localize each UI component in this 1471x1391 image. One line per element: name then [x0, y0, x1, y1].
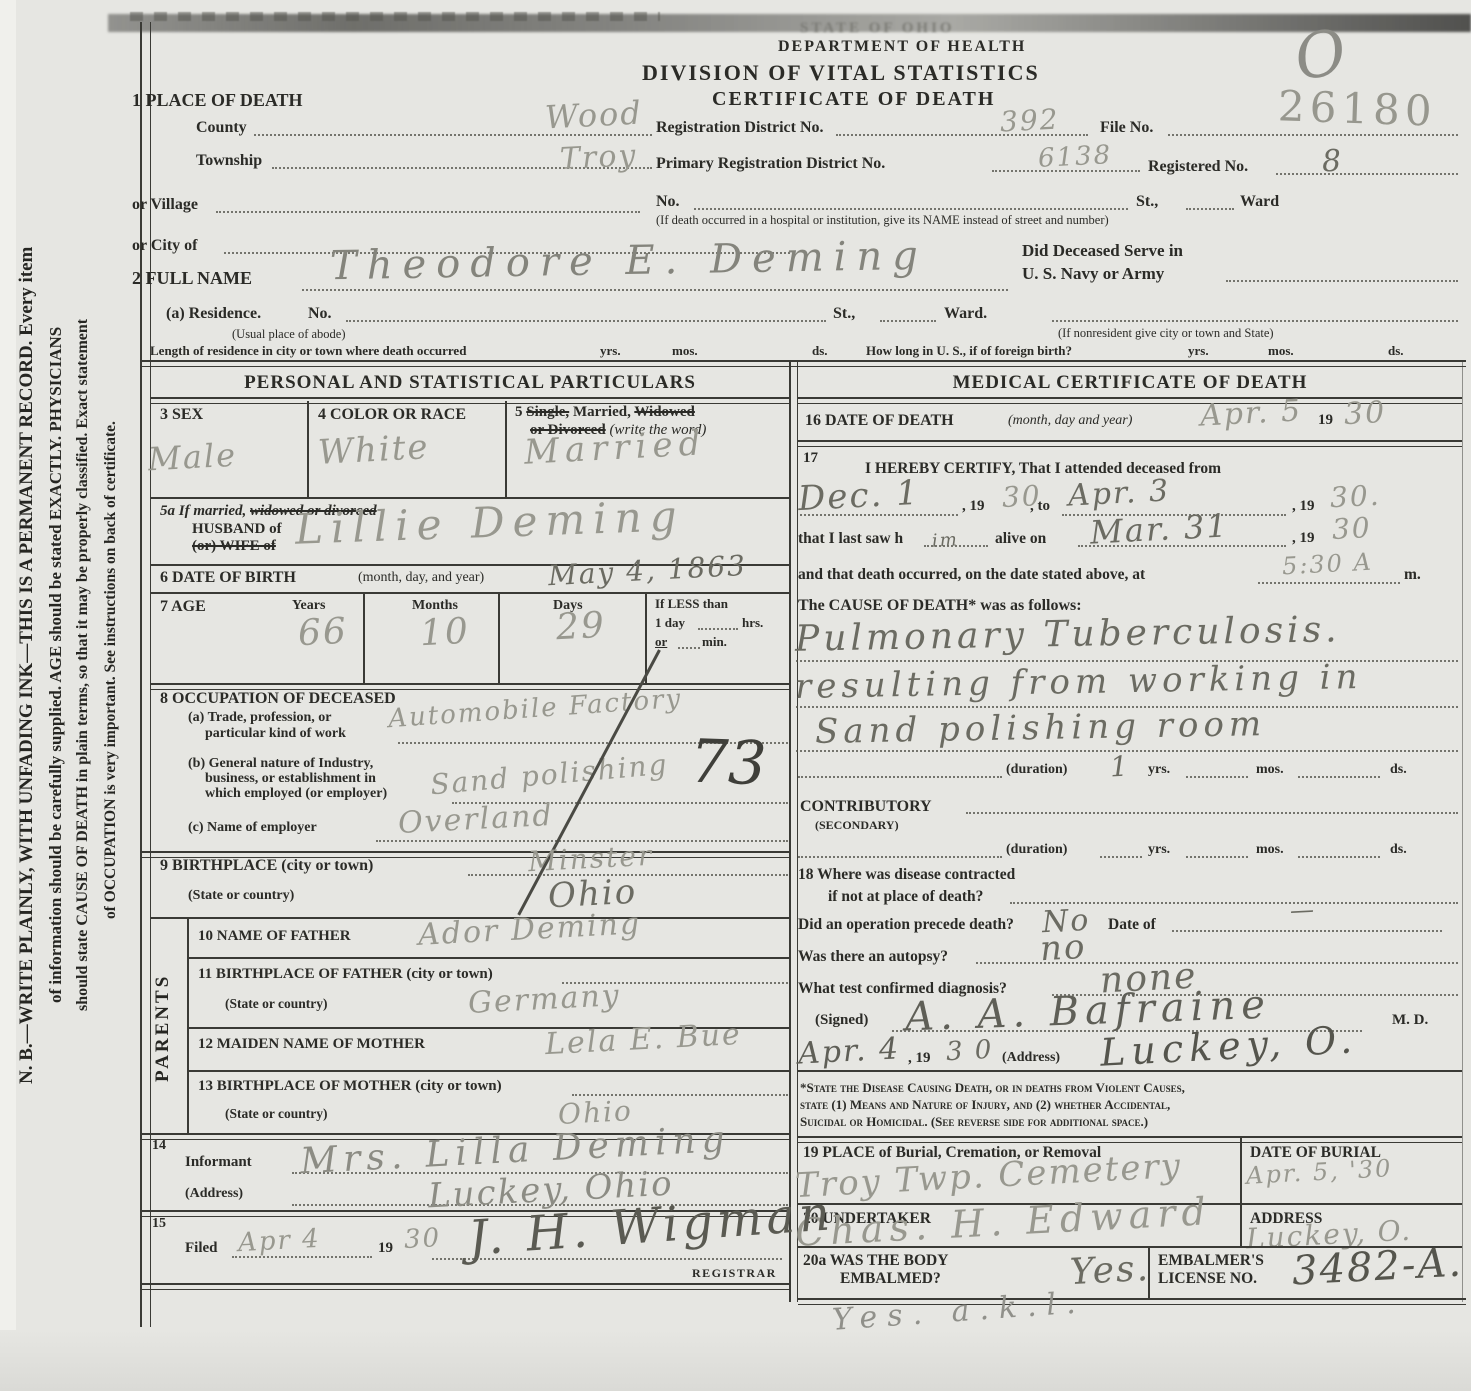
- sign-address-label: (Address): [1002, 1050, 1060, 1066]
- mother-name-value: Lela E. Bue: [544, 1017, 742, 1062]
- county-label: County: [196, 119, 247, 137]
- st-label: St.,: [1136, 193, 1158, 211]
- parents-label: PARENTS: [152, 928, 174, 1128]
- wife-of-label: (or) WIFE of: [192, 538, 276, 555]
- sign-19-label: , 19: [908, 1050, 931, 1067]
- informant-address-label: (Address): [185, 1186, 243, 1202]
- age-days-value: 29: [555, 605, 607, 649]
- medical-title: MEDICAL CERTIFICATE OF DEATH: [798, 372, 1462, 394]
- father-name-value: Ador Deming: [417, 906, 642, 953]
- file-pencil-mark: O: [1289, 14, 1354, 95]
- left-column-bottom-line: [140, 1283, 789, 1290]
- margin-note-line2: of information should be carefully suppl…: [46, 70, 66, 1260]
- race-marital-divider: [505, 401, 507, 497]
- duration-ds-label: ds.: [1390, 762, 1407, 778]
- disease-contracted-label-2: if not at place of death?: [828, 888, 983, 906]
- age-months-value: 10: [419, 611, 471, 655]
- date-of-death-value: Apr. 5: [1199, 393, 1303, 433]
- birthplace-label: 9 BIRTHPLACE (city or town): [160, 857, 373, 875]
- registered-no-label: Registered No.: [1148, 158, 1248, 176]
- from-19-label: , 19: [962, 498, 985, 515]
- row19-top-line: [798, 1136, 1462, 1143]
- registration-district-label: Registration District No.: [656, 119, 824, 137]
- st-ward-line: [1186, 208, 1234, 210]
- dob-label: 6 DATE OF BIRTH: [160, 569, 296, 587]
- registration-district-value: 392: [999, 102, 1060, 138]
- residence-no-line: [346, 320, 826, 322]
- duration2-lead-line: [798, 856, 1002, 858]
- m-label: m.: [1404, 566, 1421, 584]
- marital-married: Married,: [573, 404, 631, 420]
- top-smudge-bar: [108, 14, 1471, 32]
- length-ds-label: ds.: [812, 343, 828, 359]
- age-label: 7 AGE: [160, 598, 206, 616]
- item-15-number: 15: [152, 1216, 166, 1232]
- header-state-smudge: STATE OF OHIO: [800, 20, 955, 37]
- header-department: DEPARTMENT OF HEALTH: [778, 38, 1026, 56]
- column-divider-outer: [789, 360, 791, 1302]
- village-line: [216, 211, 640, 213]
- death-certificate-scan: N. B.—WRITE PLAINLY, WITH UNFADING INK—T…: [0, 0, 1471, 1391]
- cause-of-death-label: The CAUSE OF DEATH* was as follows:: [798, 597, 1082, 615]
- row17-top-line: [798, 440, 1462, 447]
- margin-note-line4: of OCCUPATION is very important. See ins…: [102, 120, 120, 1220]
- father-bp-top-line: [187, 957, 789, 959]
- top-smudge-marks: [130, 12, 660, 21]
- how-long-us-label: How long in U. S., if of foreign birth?: [866, 343, 1072, 359]
- duration-mos-line: [1186, 776, 1248, 778]
- city-label: or City of: [132, 237, 197, 255]
- father-name-label: 10 NAME OF FATHER: [198, 928, 351, 945]
- uslength-mos-label: mos.: [1268, 343, 1294, 359]
- filed-year-value: 30: [403, 1223, 442, 1255]
- embalmer-license-label-1: EMBALMER'S: [1158, 1252, 1264, 1270]
- death-time-value: 5:30 A: [1281, 548, 1373, 581]
- signed-label: (Signed): [815, 1012, 868, 1029]
- marital-label-line1: 5 Single, Married, Widowed: [515, 404, 695, 421]
- sign-date-value: Apr. 4: [797, 1031, 901, 1071]
- registered-no-value: 8: [1321, 143, 1344, 179]
- less-hrs-label: hrs.: [742, 615, 763, 631]
- served-label-2: U. S. Navy or Army: [1022, 264, 1164, 284]
- embalmed-label-2: EMBALMED?: [840, 1270, 941, 1288]
- death-time-line: [1258, 582, 1400, 584]
- less-or-label: or: [655, 634, 667, 650]
- last-19-label: , 19: [1292, 530, 1315, 547]
- occupation-a-label-1: (a) Trade, profession, or: [188, 710, 332, 726]
- operation-label: Did an operation precede death?: [798, 916, 1014, 934]
- footnote-line-1: *State the Disease Causing Death, or in …: [800, 1080, 1185, 1096]
- item-17-number: 17: [803, 450, 818, 467]
- father-birthplace-value: Germany: [467, 978, 621, 1021]
- marital-widowed: Widowed: [634, 404, 695, 420]
- occupation-label: 8 OCCUPATION OF DECEASED: [160, 690, 396, 708]
- township-value: Troy: [559, 138, 638, 177]
- residence-st-line: [880, 320, 936, 322]
- date-of-line: [1172, 930, 1442, 932]
- to-label: , to: [1030, 498, 1050, 515]
- occupation-b-label-1: (b) General nature of Industry,: [188, 756, 373, 772]
- duration-ds-line: [1298, 776, 1380, 778]
- last-year-value: 30: [1331, 511, 1372, 546]
- abode-note: (Usual place of abode): [232, 327, 346, 342]
- cause-line-2: resulting from working in: [795, 657, 1363, 707]
- to-19-label: , 19: [1292, 498, 1315, 515]
- duration-lead-line: [798, 776, 1002, 778]
- date-of-death-label: 16 DATE OF DEATH: [805, 412, 954, 430]
- embalmer-license-value: 3482-A.: [1291, 1240, 1464, 1295]
- occupation-b-label-3: which employed (or employer): [205, 786, 387, 802]
- sex-value: Male: [147, 436, 238, 479]
- header-division: DIVISION OF VITAL STATISTICS: [642, 60, 1040, 86]
- age-divider-2: [498, 594, 500, 683]
- county-line: [254, 134, 652, 136]
- dod-19-label: 19: [1318, 412, 1333, 429]
- occupation-b-label-2: business, or establishment in: [205, 771, 376, 787]
- embalmer-license-label-2: LICENSE NO.: [1158, 1270, 1257, 1288]
- autopsy-label: Was there an autopsy?: [798, 948, 948, 966]
- filed-label: Filed: [185, 1240, 218, 1257]
- residence-no-label: No.: [308, 305, 332, 323]
- cause-line-3: Sand polishing room: [815, 704, 1267, 752]
- form-left-border-outer: [140, 22, 142, 1327]
- pencil-number-73: 73: [689, 727, 768, 800]
- burial-divider: [1240, 1137, 1242, 1246]
- mother-state-label: (State or country): [225, 1106, 327, 1122]
- registered-no-line: [1276, 173, 1458, 175]
- county-value: Wood: [544, 93, 644, 136]
- occupation-b-value: Sand polishing: [429, 748, 670, 802]
- marital-single: Single,: [526, 404, 569, 420]
- full-name-value: Theodore E. Deming: [330, 233, 929, 289]
- bottom-shade: [0, 1330, 1471, 1391]
- uslength-ds-label: ds.: [1388, 343, 1404, 359]
- duration2-mos-label: mos.: [1256, 842, 1284, 858]
- duration2-mos-line: [1186, 856, 1248, 858]
- dod-year-value: 30: [1343, 395, 1387, 432]
- age-years-value: 66: [297, 611, 349, 655]
- served-label-1: Did Deceased Serve in: [1022, 241, 1183, 261]
- death-occurred-label: and that death occurred, on the date sta…: [798, 566, 1145, 584]
- race-label: 4 COLOR OR RACE: [318, 406, 466, 424]
- village-label: or Village: [132, 196, 198, 214]
- left-edge-shade: [0, 0, 16, 1391]
- less-min-label: min.: [702, 634, 727, 650]
- father-birthplace-label: 11 BIRTHPLACE OF FATHER (city or town): [198, 966, 493, 983]
- margin-note-line1: N. B.—WRITE PLAINLY, WITH UNFADING INK—T…: [16, 60, 38, 1270]
- last-saw-label-1: that I last saw h: [798, 530, 903, 548]
- bottom-pencil-scribble: Yes. a.k.l.: [831, 1285, 1087, 1338]
- residence-ward-line: [1052, 320, 1458, 322]
- margin-note-line3: should state CAUSE OF DEATH in plain ter…: [74, 70, 92, 1260]
- attended-to-value: Apr. 3: [1067, 473, 1171, 513]
- cause-line-1: Pulmonary Tuberculosis.: [795, 609, 1341, 660]
- mother-bp-top-line: [187, 1070, 789, 1072]
- occupation-a-label-2: particular kind of work: [205, 726, 346, 742]
- less-min-line: [678, 647, 700, 649]
- duration2-yrs-line: [1100, 856, 1142, 858]
- length-mos-label: mos.: [672, 343, 698, 359]
- primary-district-value: 6138: [1037, 140, 1113, 174]
- date-of-death-note: (month, day and year): [1008, 413, 1132, 429]
- attended-from-value: Dec. 1: [797, 473, 921, 519]
- spouse-value: Lillie Deming: [294, 491, 685, 554]
- to-year-value: 30.: [1329, 479, 1381, 515]
- father-state-label: (State or country): [225, 996, 327, 1012]
- occupation-c-value: Overland: [397, 798, 554, 841]
- occupation-c-label: (c) Name of employer: [188, 820, 317, 836]
- top-section-divider: [140, 360, 1466, 367]
- personal-title: PERSONAL AND STATISTICAL PARTICULARS: [150, 372, 790, 394]
- row8-top-line: [150, 683, 789, 690]
- duration2-ds-label: ds.: [1390, 842, 1407, 858]
- township-label: Township: [196, 152, 262, 170]
- parents-inner-divider: [187, 917, 189, 1133]
- sex-race-divider: [307, 401, 309, 497]
- husband-of-label: HUSBAND of: [192, 521, 282, 538]
- attended-from-line: [800, 514, 958, 516]
- duration-yrs-label: yrs.: [1148, 762, 1170, 778]
- secondary-label: (SECONDARY): [815, 818, 899, 833]
- less-hrs-line: [698, 628, 738, 630]
- duration-yrs-value: 1: [1109, 750, 1131, 784]
- sex-label: 3 SEX: [160, 406, 203, 424]
- date-of-label: Date of: [1108, 916, 1156, 934]
- contributory-line: [966, 812, 1458, 814]
- hospital-note: (If death occurred in a hospital or inst…: [656, 213, 1109, 228]
- date-of-dash: —: [1289, 895, 1316, 924]
- form-left-border-inner: [150, 22, 151, 1327]
- full-name-label: 2 FULL NAME: [132, 268, 252, 289]
- last-saw-im: im: [931, 529, 959, 551]
- mother-name-label: 12 MAIDEN NAME OF MOTHER: [198, 1036, 425, 1053]
- embalmed-label-1: 20a WAS THE BODY: [803, 1252, 948, 1270]
- dob-value: May 4, 1863: [547, 549, 747, 592]
- personal-title-underline: [150, 397, 789, 404]
- header-certificate: CERTIFICATE OF DEATH: [712, 88, 995, 111]
- less-than-label-2: 1 day: [655, 615, 685, 631]
- embalmer-divider: [1148, 1247, 1150, 1300]
- file-no-label: File No.: [1100, 119, 1153, 137]
- registrar-label: REGISTRAR: [692, 1266, 777, 1281]
- item-14-number: 14: [152, 1138, 166, 1154]
- duration-label: (duration): [1006, 762, 1067, 778]
- footnote-line-2: state (1) Means and Nature of Injury, an…: [800, 1097, 1170, 1113]
- no-label: No.: [656, 193, 680, 211]
- primary-district-label: Primary Registration District No.: [656, 155, 885, 173]
- last-saw-line: [1078, 545, 1286, 547]
- uslength-yrs-label: yrs.: [1188, 343, 1209, 359]
- form-right-border: [1462, 360, 1463, 1302]
- served-line: [1226, 280, 1458, 282]
- md-label: M. D.: [1392, 1012, 1428, 1029]
- no-line: [694, 208, 1128, 210]
- informant-label: Informant: [185, 1154, 252, 1171]
- length-yrs-label: yrs.: [600, 343, 621, 359]
- residence-ward-label: Ward.: [944, 305, 987, 323]
- last-saw-label-2: alive on: [995, 530, 1046, 548]
- contributory-label: CONTRIBUTORY: [800, 798, 932, 816]
- sign-row-underline: [798, 1070, 1462, 1072]
- married-prefix: 5a If married,: [160, 503, 246, 519]
- age-divider-1: [363, 594, 365, 683]
- residence-label: (a) Residence.: [166, 305, 261, 323]
- autopsy-value: no: [1039, 927, 1087, 969]
- footnote-line-3: Suicidal or Homicidal. (See reverse side…: [800, 1114, 1148, 1130]
- nonresident-note: (If nonresident give city or town and St…: [1058, 326, 1274, 341]
- full-name-line: [302, 289, 1008, 291]
- disease-contracted-label-1: 18 Where was disease contracted: [798, 866, 1015, 884]
- marital-value: Married: [523, 423, 707, 472]
- birthplace-state-label: (State or country): [188, 888, 294, 904]
- duration2-label: (duration): [1006, 842, 1067, 858]
- length-residence-label: Length of residence in city or town wher…: [150, 343, 466, 359]
- less-than-label-1: If LESS than: [655, 596, 728, 612]
- place-of-death-label: 1 PLACE OF DEATH: [132, 90, 303, 111]
- filed-date-value: Apr 4: [237, 1224, 321, 1258]
- sign-year-value: 3 0: [945, 1035, 994, 1067]
- residence-st-label: St.,: [833, 305, 855, 323]
- row7-top-line: [150, 592, 789, 594]
- dob-note: (month, day, and year): [358, 570, 484, 586]
- marital-num: 5: [515, 404, 523, 420]
- duration-mos-label: mos.: [1256, 762, 1284, 778]
- duration2-ds-line: [1298, 856, 1380, 858]
- ward-label: Ward: [1240, 193, 1279, 211]
- duration2-yrs-label: yrs.: [1148, 842, 1170, 858]
- filed-19-label: 19: [378, 1240, 393, 1257]
- mother-birthplace-label: 13 BIRTHPLACE OF MOTHER (city or town): [198, 1078, 502, 1095]
- race-value: White: [317, 427, 430, 473]
